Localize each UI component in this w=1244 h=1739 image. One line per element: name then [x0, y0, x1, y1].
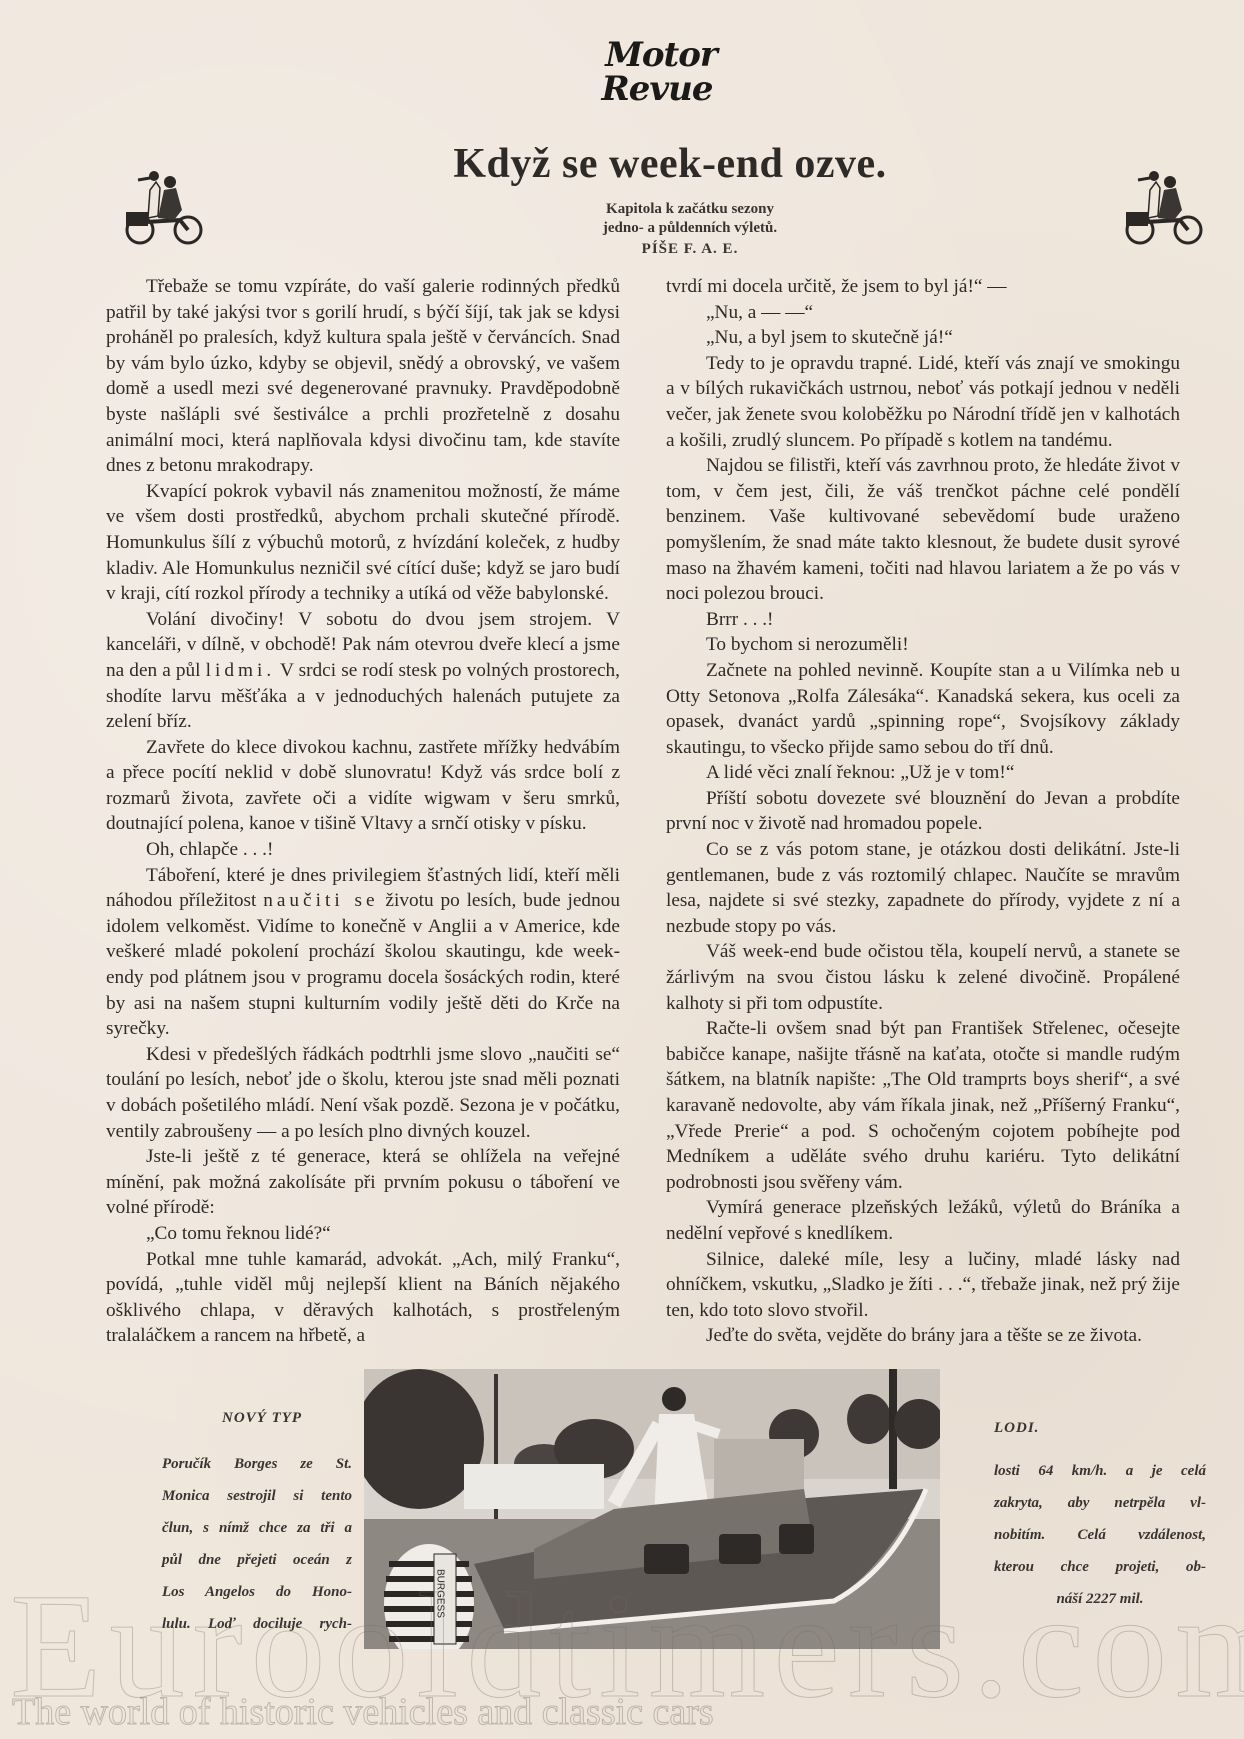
paragraph: Příští sobotu dovezete své blouznění do … [666, 786, 1180, 837]
paragraph: Jeďte do světa, vejděte do brány jara a … [666, 1323, 1180, 1349]
paragraph: „Nu, a byl jsem to skutečně já!“ [666, 325, 1180, 351]
paragraph: Brrr . . .! [666, 607, 1180, 633]
paragraph: Oh, chlapče . . .! [106, 837, 620, 863]
paragraph: Račte-li ovšem snad být pan František St… [666, 1016, 1180, 1195]
article-column-right: tvrdí mi docela určitě, že jsem to byl j… [666, 274, 1180, 1349]
paragraph: Silnice, daleké míle, lesy a lučiny, mla… [666, 1247, 1180, 1324]
paragraph: Začnete na pohled nevinně. Koupíte stan … [666, 658, 1180, 760]
paragraph: Vymírá generace plzeňských ležáků, výlet… [666, 1195, 1180, 1246]
motorcycle-illustration-left [118, 160, 208, 250]
paragraph: A lidé věci znalí řeknou: „Už je v tom!“ [666, 760, 1180, 786]
byline: PÍŠE F. A. E. [540, 240, 840, 259]
caption-line: člun, s nímž chce za tři a [162, 1512, 352, 1544]
emphasis-spaced: naučiti se [263, 890, 378, 911]
subtitle-line-2: jedno- a půldenních výletů. [540, 219, 840, 238]
paragraph: To bychom si nerozuměli! [666, 632, 1180, 658]
paragraph: Co se z vás potom stane, je otázkou dost… [666, 837, 1180, 939]
paragraph: Potkal mne tuhle kamarád, advokát. „Ach,… [106, 1247, 620, 1349]
logo-line-1: Motor [596, 38, 726, 72]
paragraph: Najdou se filistři, kteří vás zavrhnou p… [666, 453, 1180, 607]
paragraph: Táboření, které je dnes privilegiem šťas… [106, 863, 620, 1042]
caption-line: Monica sestrojil si tento [162, 1480, 352, 1512]
emphasis-spaced: lidmi. [206, 660, 276, 681]
paragraph: Kvapící pokrok vybavil nás znamenitou mo… [106, 479, 620, 607]
motorcycle-illustration-right [1118, 160, 1208, 250]
caption-line: nobitím. Celá vzdálenost, [994, 1519, 1206, 1551]
caption-heading-right: LODI. [994, 1420, 1039, 1437]
magazine-logo: Motor Revue [596, 38, 726, 106]
motorcycle-icon [1118, 160, 1208, 250]
caption-line: zakryta, aby netrpěla vl- [994, 1487, 1206, 1519]
paragraph: „Nu, a — —“ [666, 300, 1180, 326]
paragraph: Volání divočiny! V sobotu do dvou jsem s… [106, 607, 620, 735]
paragraph: Váš week-end bude očistou těla, koupelí … [666, 939, 1180, 1016]
caption-heading-left: NOVÝ TYP [222, 1410, 302, 1427]
logo-line-2: Revue [588, 72, 726, 106]
caption-line: losti 64 km/h. a je celá [994, 1455, 1206, 1487]
paragraph: Třebaže se tomu vzpíráte, do vaší galeri… [106, 274, 620, 479]
caption-line: Poručík Borges ze St. [162, 1448, 352, 1480]
watermark-tagline: The world of historic vehicles and class… [12, 1690, 714, 1734]
subtitle-line-1: Kapitola k začátku sezony [540, 200, 840, 219]
paragraph: Jste-li ještě z té generace, která se oh… [106, 1144, 620, 1221]
article-subtitle: Kapitola k začátku sezony jedno- a půlde… [540, 200, 840, 259]
paragraph: „Co tomu řeknou lidé?“ [106, 1221, 620, 1247]
article-title: Když se week-end ozve. [300, 140, 1040, 188]
article-column-left: Třebaže se tomu vzpíráte, do vaší galeri… [106, 274, 620, 1349]
paragraph: Tedy to je opravdu trapné. Lidé, kteří v… [666, 351, 1180, 453]
motorcycle-icon [118, 160, 208, 250]
paragraph: Zavřete do klece divokou kachnu, zastřet… [106, 735, 620, 837]
paragraph: tvrdí mi docela určitě, že jsem to byl j… [666, 274, 1180, 300]
paragraph: Kdesi v předešlých řádkách podtrhli jsme… [106, 1042, 620, 1144]
